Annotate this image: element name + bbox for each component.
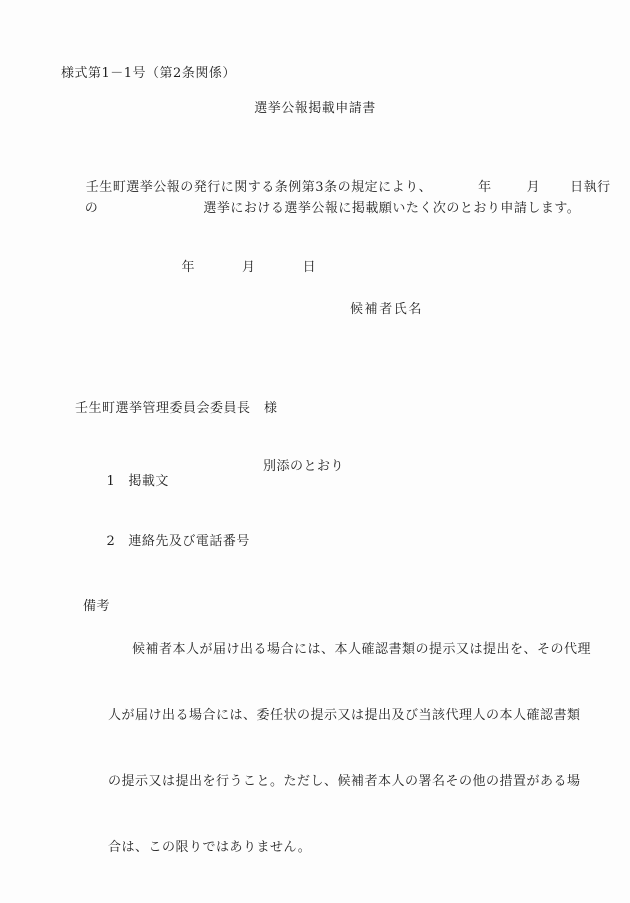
date-month-blank: [256, 270, 303, 271]
date-day-label: 日: [303, 260, 317, 275]
remarks-line-1: 候補者本人が届け出る場合には、本人確認書類の提示又は提出を、その代理: [108, 639, 588, 661]
remarks-label: 備考: [83, 599, 110, 614]
application-text: 選挙における選挙公報に掲載願いたく次のとおり申請します。: [203, 201, 580, 216]
document-page: 様式第1－1号（第2条関係） 選挙公報掲載申請書 壬生町選挙公報の発行に関する条…: [0, 0, 630, 903]
remarks-line-4: 合は、この限りではありません。: [108, 837, 588, 859]
opening-particle: の: [85, 201, 99, 216]
addressee-line: 壬生町選挙管理委員会委員長 様: [75, 401, 278, 416]
item-1-row: 1掲載文: [88, 459, 169, 504]
application-date-line: 年月日: [163, 245, 316, 290]
item-1-label: 掲載文: [128, 474, 169, 489]
date-month-label: 月: [242, 260, 256, 275]
remarks-text: 候補者本人が届け出る場合には、本人確認書類の提示又は提出を、その代理 人が届け出…: [108, 595, 588, 903]
document-title: 選挙公報掲載申請書: [0, 101, 630, 116]
item-2-gap: [115, 544, 128, 545]
item-2-number: 2: [107, 534, 116, 549]
form-number: 様式第1－1号（第2条関係）: [61, 66, 236, 81]
date-year-blank: [195, 270, 242, 271]
item-1-value: 別添のとおり: [263, 459, 344, 474]
date-year-label: 年: [182, 260, 196, 275]
item-1-number: 1: [107, 474, 116, 489]
election-name-blank: [98, 211, 203, 212]
item-2-row: 2連絡先及び電話番号: [88, 519, 250, 564]
opening-line-2: の選挙における選挙公報に掲載願いたく次のとおり申請します。: [57, 186, 580, 231]
candidate-name-label: 候補者氏名: [350, 302, 423, 317]
item-2-label: 連絡先及び電話番号: [128, 534, 250, 549]
remarks-line-2: 人が届け出る場合には、委任状の提示又は提出及び当該代理人の本人確認書類: [108, 705, 588, 727]
remarks-line-3: の提示又は提出を行うこと。ただし、候補者本人の署名その他の措置がある場: [108, 771, 588, 793]
item-1-gap: [115, 484, 128, 485]
